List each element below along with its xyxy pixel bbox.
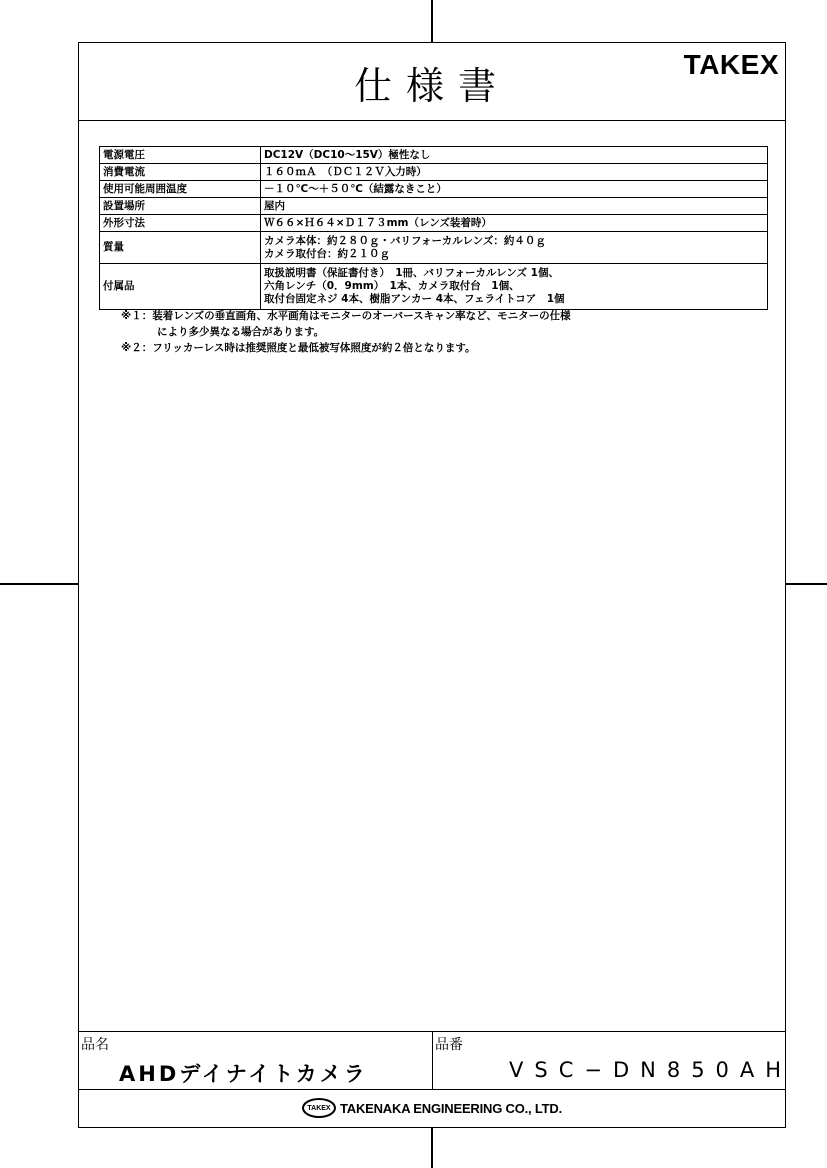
table-row: 消費電流 １６０ｍＡ （ＤＣ１２Ｖ入力時） — [100, 164, 768, 181]
spec-label: 質量 — [100, 232, 261, 264]
note-1: ※１：装着レンズの垂直画角、水平画角はモニターのオーバースキャン率など、モニター… — [121, 308, 571, 324]
note-2: ※２：フリッカーレス時は推奨照度と最低被写体照度が約２倍となります。 — [121, 340, 571, 356]
spec-label: 電源電圧 — [100, 147, 261, 164]
spec-table: 電源電圧 DC12V（DC10〜15V）極性なし 消費電流 １６０ｍＡ （ＤＣ１… — [99, 146, 768, 310]
table-row: 付属品 取扱説明書（保証書付き） 1冊、バリフォーカルレンズ 1個、 六角レンチ… — [100, 264, 768, 310]
bottom-center-mark — [431, 1128, 433, 1168]
document-frame: 仕様書 TAKEX 電源電圧 DC12V（DC10〜15V）極性なし 消費電流 … — [78, 42, 786, 1128]
table-row: 設置場所 屋内 — [100, 198, 768, 215]
spec-label: 付属品 — [100, 264, 261, 310]
table-row: 質量 カメラ本体：約２８０ｇ・バリフォーカルレンズ：約４０ｇ カメラ取付台：約２… — [100, 232, 768, 264]
spec-value: カメラ本体：約２８０ｇ・バリフォーカルレンズ：約４０ｇ カメラ取付台：約２１０ｇ — [261, 232, 768, 264]
product-number: VSC−DN850AH — [509, 1058, 792, 1082]
note-1-continued: により多少異なる場合があります。 — [121, 324, 571, 340]
spec-value-line: 六角レンチ（0．9mm） 1本、カメラ取付台 1個、 — [264, 280, 764, 293]
table-row: 使用可能周囲温度 －１０℃〜＋５０℃（結露なきこと） — [100, 181, 768, 198]
title-area: 仕様書 TAKEX — [79, 43, 785, 121]
brand-logo: TAKEX — [684, 49, 779, 81]
spec-value-line: 取扱説明書（保証書付き） 1冊、バリフォーカルレンズ 1個、 — [264, 267, 764, 280]
spec-value: 屋内 — [261, 198, 768, 215]
spec-label: 設置場所 — [100, 198, 261, 215]
page-title: 仕様書 — [79, 55, 785, 110]
takex-oval-logo-icon: TAKEX — [302, 1098, 336, 1118]
table-row: 外形寸法 Ｗ６６×Ｈ６４×Ｄ１７３mm（レンズ装着時） — [100, 215, 768, 232]
spec-value: DC12V（DC10〜15V）極性なし — [261, 147, 768, 164]
notes: ※１：装着レンズの垂直画角、水平画角はモニターのオーバースキャン率など、モニター… — [121, 308, 571, 356]
table-row: 電源電圧 DC12V（DC10〜15V）極性なし — [100, 147, 768, 164]
company-logo: TAKEX TAKENAKA ENGINEERING CO., LTD. — [302, 1098, 562, 1118]
product-name-caption: 品名 — [81, 1034, 109, 1054]
title-block: 品名 AHDデイナイトカメラ 品番 VSC−DN850AH TAKEX TAKE… — [79, 1031, 785, 1129]
spec-label: 消費電流 — [100, 164, 261, 181]
company-footer: TAKEX TAKENAKA ENGINEERING CO., LTD. — [79, 1090, 785, 1128]
spec-value-line: カメラ本体：約２８０ｇ・バリフォーカルレンズ：約４０ｇ — [264, 235, 764, 248]
spec-label: 使用可能周囲温度 — [100, 181, 261, 198]
product-number-cell: 品番 VSC−DN850AH — [433, 1032, 785, 1089]
spec-value: －１０℃〜＋５０℃（結露なきこと） — [261, 181, 768, 198]
spec-value-line: カメラ取付台：約２１０ｇ — [264, 248, 764, 261]
product-name-cell: 品名 AHDデイナイトカメラ — [79, 1032, 433, 1089]
spec-label: 外形寸法 — [100, 215, 261, 232]
spec-value: １６０ｍＡ （ＤＣ１２Ｖ入力時） — [261, 164, 768, 181]
spec-value-line: 取付台固定ネジ 4本、樹脂アンカー 4本、フェライトコア 1個 — [264, 293, 764, 306]
product-name: AHDデイナイトカメラ — [119, 1058, 368, 1088]
top-center-mark — [431, 0, 433, 42]
spec-value: Ｗ６６×Ｈ６４×Ｄ１７３mm（レンズ装着時） — [261, 215, 768, 232]
product-row: 品名 AHDデイナイトカメラ 品番 VSC−DN850AH — [79, 1032, 785, 1090]
right-center-mark — [786, 583, 827, 585]
left-center-mark — [0, 583, 78, 585]
spec-value: 取扱説明書（保証書付き） 1冊、バリフォーカルレンズ 1個、 六角レンチ（0．9… — [261, 264, 768, 310]
company-name: TAKENAKA ENGINEERING CO., LTD. — [340, 1101, 562, 1116]
product-number-caption: 品番 — [435, 1034, 463, 1054]
